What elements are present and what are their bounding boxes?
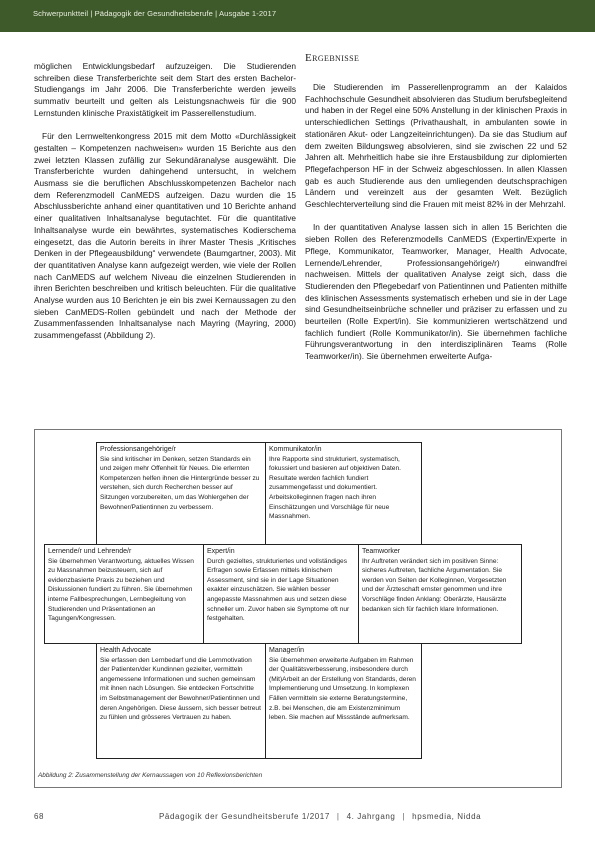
- role-title: Health Advocate: [100, 646, 262, 656]
- role-box-teamworker: Teamworker Ihr Auftreten verändert sich …: [358, 544, 522, 644]
- footer-separator: |: [402, 812, 405, 821]
- role-box-expert: Expert/in Durch gezieltes, strukturierte…: [203, 544, 359, 644]
- body-paragraph: In der quantitativen Analyse lassen sich…: [305, 222, 567, 362]
- role-title: Expert/in: [207, 547, 355, 557]
- role-box-health-advocate: Health Advocate Sie erfassen den Lernbed…: [96, 643, 266, 759]
- body-paragraph: Für den Lernweltenkongress 2015 mit dem …: [34, 131, 296, 342]
- role-box-kommunikator: Kommunikator/in Ihre Rapporte sind struk…: [265, 442, 422, 545]
- role-text: Sie erfassen den Lernbedarf und die Lern…: [100, 657, 261, 722]
- section-heading-ergebnisse: Ergebnisse: [305, 52, 359, 64]
- role-box-lernende: Lernende/r und Lehrende/r Sie übernehmen…: [44, 544, 204, 644]
- figure-canmeds-roles: Professionsangehörige/r Sie sind kritisc…: [34, 429, 562, 788]
- role-text: Ihr Auftreten verändert sich im positive…: [362, 558, 506, 613]
- footer-publisher: hpsmedia, Nidda: [412, 812, 481, 821]
- role-text: Ihre Rapporte sind strukturiert, systema…: [269, 456, 401, 521]
- page-footer: 68 Pädagogik der Gesundheitsberufe 1/201…: [0, 812, 595, 826]
- role-box-professionsangehoerige: Professionsangehörige/r Sie sind kritisc…: [96, 442, 266, 545]
- page-number: 68: [34, 812, 44, 821]
- figure-caption: Abbildung 2: Zusammenstellung der Kernau…: [38, 772, 262, 779]
- left-text-column: möglichen Entwicklungsbedarf aufzuzeigen…: [34, 61, 296, 354]
- role-title: Lernende/r und Lehrende/r: [48, 547, 200, 557]
- role-box-manager: Manager/in Sie übernehmen erweiterte Auf…: [265, 643, 422, 759]
- right-text-column: Die Studierenden im Passerellenprogramm …: [305, 82, 567, 375]
- footer-volume: 4. Jahrgang: [347, 812, 396, 821]
- role-text: Sie übernehmen Verantwortung, aktuelles …: [48, 558, 194, 623]
- role-title: Manager/in: [269, 646, 418, 656]
- role-title: Teamworker: [362, 547, 518, 557]
- footer-journal: Pädagogik der Gesundheitsberufe 1/2017: [159, 812, 330, 821]
- footer-separator: |: [337, 812, 340, 821]
- running-header-bar: Schwerpunktteil | Pädagogik der Gesundhe…: [0, 0, 595, 32]
- role-title: Professionsangehörige/r: [100, 445, 262, 455]
- body-paragraph: möglichen Entwicklungsbedarf aufzuzeigen…: [34, 61, 296, 120]
- footer-publication-info: Pädagogik der Gesundheitsberufe 1/2017|4…: [159, 812, 481, 821]
- body-paragraph: Die Studierenden im Passerellenprogramm …: [305, 82, 567, 211]
- role-text: Sie übernehmen erweiterte Aufgaben im Ra…: [269, 657, 416, 722]
- role-text: Sie sind kritischer im Denken, setzen St…: [100, 456, 259, 511]
- role-text: Durch gezieltes, strukturiertes und voll…: [207, 558, 349, 623]
- running-header-title: Schwerpunktteil | Pädagogik der Gesundhe…: [33, 9, 276, 18]
- role-title: Kommunikator/in: [269, 445, 418, 455]
